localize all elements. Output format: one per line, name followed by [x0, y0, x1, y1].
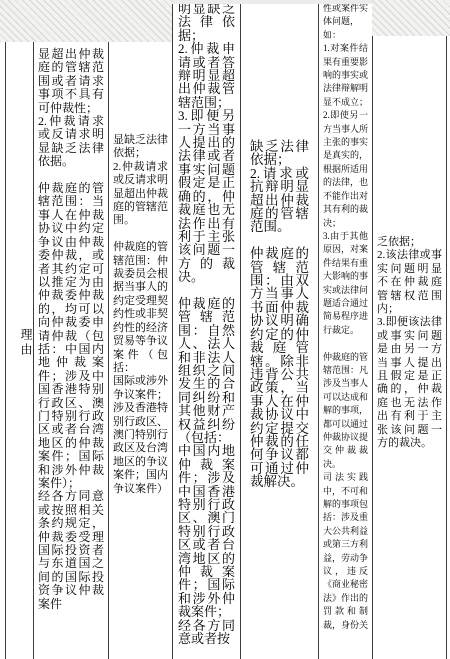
- reason-cell-col2: 显超出仲裁庭的管辖范围或者请求事项不具有可仲裁性； 2.仲裁请求或反请求明显缺乏…: [33, 0, 108, 659]
- page-top-hatch-right: [372, 0, 450, 36]
- page-top-hatch-left: [0, 0, 172, 42]
- reason-text-col4: 明显缺乏法律依据； 2.仲裁申请或者答辩明显超出仲裁管辖范围； 3.即便另一方当…: [178, 2, 235, 646]
- reason-cell-col5: 缺乏法律依据； 2.请求或抗辩明显超出仲裁庭的管辖范围。 仲裁庭的管辖范围：由双…: [240, 0, 318, 659]
- reason-cell-col3: 显缺乏法律依据； 2.仲裁请求或反请求明显超出仲裁庭的管辖范围。 仲裁庭的管辖范…: [108, 0, 172, 659]
- reason-text-col6: 性或案件实体问题， 如： 1.对案件结果有重要影响的事实或法律辩解明显不成立； …: [323, 2, 368, 632]
- document-page: 理由 显超出仲裁庭的管辖范围或者请求事项不具有可仲裁性； 2.仲裁请求或反请求明…: [0, 0, 450, 659]
- reason-text-col7: 乏依据； 2.该法律或事实问题明显不在仲裁庭管辖权范围内； 3.即便该法律或事实…: [377, 236, 442, 451]
- page-top-strip: [172, 0, 372, 4]
- reason-row-header-cell: 理由: [5, 0, 33, 659]
- reason-cell-col7: 乏依据； 2.该法律或事实问题明显不在仲裁庭管辖权范围内； 3.即便该法律或事实…: [372, 0, 447, 659]
- reason-cell-col4: 明显缺乏法律依据； 2.仲裁申请或者答辩明显超出仲裁管辖范围； 3.即便另一方当…: [172, 0, 240, 659]
- row-label-reason: 理由: [6, 328, 33, 358]
- reason-text-col3: 显缺乏法律依据； 2.仲裁请求或反请求明显超出仲裁庭的管辖范围。 仲裁庭的管辖范…: [113, 134, 168, 496]
- reason-cell-col6: 性或案件实体问题， 如： 1.对案件结果有重要影响的事实或法律辩解明显不成立； …: [318, 0, 372, 659]
- reason-text-col5: 缺乏法律依据； 2.请求或抗辩明显超出仲裁庭的管辖范围。 仲裁庭的管辖范围：由双…: [250, 140, 309, 489]
- reason-text-col2: 显超出仲裁庭的管辖范围或者请求事项不具有可仲裁性； 2.仲裁请求或反请求明显缺乏…: [38, 48, 104, 611]
